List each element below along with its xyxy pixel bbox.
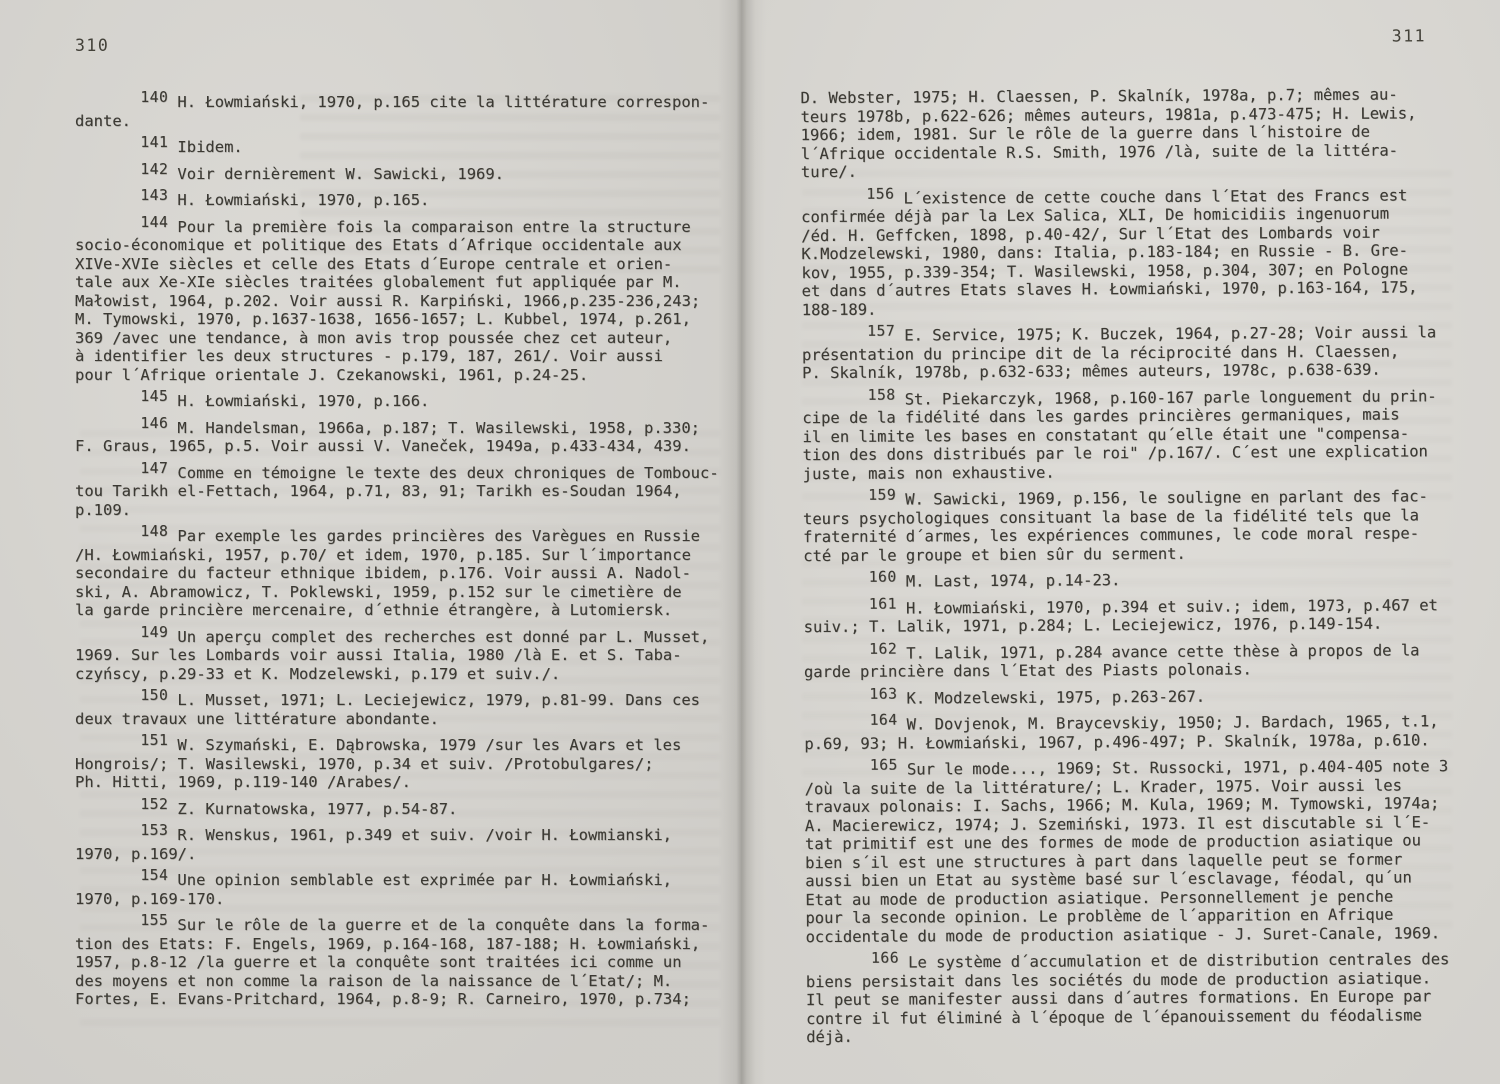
footnote-text: Voir dernièrement W. Sawicki, 1969. (177, 165, 504, 183)
footnote-text: St. Piekarczyk, 1968, p.160-167 parle lo… (802, 387, 1436, 483)
footnote: 149Un aperçu complet des recherches est … (75, 628, 742, 684)
footnote-text: W. Dovjenok, M. Braycevskiy, 1950; J. Ba… (804, 712, 1438, 752)
footnote-text: Le système d´accumulation et de distribu… (806, 950, 1450, 1046)
footnote: 148Par exemple les gardes princières des… (75, 527, 742, 620)
footnote-number: 166 (871, 950, 899, 967)
footnote-number: 154 (140, 867, 168, 884)
footnote: 165Sur le mode..., 1969; St. Russocki, 1… (804, 757, 1485, 946)
footnote-number: 150 (140, 687, 168, 704)
page-right: 311 D. Webster, 1975; H. Claessen, P. Sk… (742, 0, 1500, 1084)
footnote: 154Une opinion semblable est exprimée pa… (75, 871, 742, 908)
footnote-number: 151 (140, 732, 168, 749)
footnote-text: Comme en témoigne le texte des deux chro… (75, 464, 719, 519)
book-spread: 310 140H. Łowmiański, 1970, p.165 cite l… (0, 0, 1500, 1084)
footnote-text: W. Sawicki, 1969, p.156, le souligne en … (803, 487, 1428, 564)
footnote-number: 142 (140, 161, 168, 178)
footnote-text: M. Handelsman, 1966a, p.187; T. Wasilews… (75, 419, 700, 456)
footnote-text: Sur le rôle de la guerre et de la conquê… (75, 916, 709, 1008)
footnote-number: 144 (140, 214, 168, 231)
footnote-text: E. Service, 1975; K. Buczek, 1964, p.27-… (802, 323, 1436, 382)
footnote: 160M. Last, 1974, p.14-23. (803, 569, 1483, 592)
footnote-number: 141 (140, 134, 168, 151)
footnote: 146M. Handelsman, 1966a, p.187; T. Wasil… (75, 419, 742, 456)
footnote-number: 162 (869, 640, 897, 657)
footnote: 152Z. Kurnatowska, 1977, p.54-87. (75, 800, 742, 819)
footnote: 163K. Modzelewski, 1975, p.263-267. (804, 685, 1484, 708)
footnote: 153R. Wenskus, 1961, p.349 et suiv. /voi… (75, 826, 742, 863)
footnote-text: Ibidem. (177, 138, 242, 156)
footnote-text: L´existence de cette couche dans l´Etat … (801, 186, 1417, 319)
footnote-text: Par exemple les gardes princières des Va… (75, 527, 700, 619)
footnote-number: 157 (867, 323, 895, 340)
footnote: 155Sur le rôle de la guerre et de la con… (75, 916, 742, 1009)
page-number-right: 311 (1392, 26, 1426, 45)
footnote: 157E. Service, 1975; K. Buczek, 1964, p.… (802, 323, 1482, 383)
footnote-number: 143 (140, 187, 168, 204)
footnote-number: 160 (869, 569, 897, 586)
footnotes-right: 156L´existence de cette couche dans l´Et… (801, 185, 1500, 1046)
footnote-number: 149 (140, 624, 168, 641)
footnote-number: 164 (869, 712, 897, 729)
footnote-text: H. Łowmiański, 1970, p.394 et suiv.; ide… (804, 596, 1438, 636)
footnote-text: Pour la première fois la comparaison ent… (75, 218, 700, 384)
footnote-text: M. Last, 1974, p.14-23. (906, 571, 1121, 590)
footnote: 145H. Łowmiański, 1970, p.166. (75, 392, 742, 411)
page-left: 310 140H. Łowmiański, 1970, p.165 cite l… (0, 0, 742, 1084)
footnote-number: 148 (140, 523, 168, 540)
footnote-text: Un aperçu complet des recherches est don… (75, 628, 709, 683)
footnote-number: 146 (140, 415, 168, 432)
footnote-text: H. Łowmiański, 1970, p.165. (177, 191, 429, 209)
footnote-number: 161 (869, 595, 897, 612)
footnote-text: H. Łowmiański, 1970, p.166. (177, 392, 429, 410)
footnote: 161H. Łowmiański, 1970, p.394 et suiv.; … (803, 595, 1483, 636)
footnote: 156L´existence de cette couche dans l´Et… (801, 185, 1482, 319)
footnote: 151W. Szymański, E. Dąbrowska, 1979 /sur… (75, 736, 742, 792)
footnote-number: 165 (870, 757, 898, 774)
footnote: 142Voir dernièrement W. Sawicki, 1969. (75, 165, 742, 184)
footnote: 147Comme en témoigne le texte des deux c… (75, 464, 742, 520)
page-number-left: 310 (75, 36, 742, 55)
footnote-number: 158 (867, 386, 895, 403)
footnote-text: Z. Kurnatowska, 1977, p.54-87. (177, 800, 457, 818)
footnote: 162T. Lalik, 1971, p.284 avance cette th… (804, 640, 1484, 681)
footnote: 141Ibidem. (75, 138, 742, 157)
footnote: 164W. Dovjenok, M. Braycevskiy, 1950; J.… (804, 712, 1484, 753)
footnotes-left: 140H. Łowmiański, 1970, p.165 cite la li… (75, 93, 742, 1009)
footnote-text: H. Łowmiański, 1970, p.165 cite la litté… (75, 93, 709, 130)
footnote-number: 147 (140, 460, 168, 477)
footnote: 159W. Sawicki, 1969, p.156, le souligne … (803, 487, 1483, 565)
footnote-number: 163 (869, 685, 897, 702)
footnote: 144Pour la première fois la comparaison … (75, 218, 742, 385)
footnote-number: 153 (140, 822, 168, 839)
footnote-number: 156 (866, 185, 894, 202)
footnote: 150L. Musset, 1971; L. Leciejewicz, 1979… (75, 691, 742, 728)
footnote: 166Le système d´accumulation et de distr… (806, 950, 1487, 1047)
footnote-number: 140 (140, 89, 168, 106)
footnote-text: Sur le mode..., 1969; St. Russocki, 1971… (805, 757, 1449, 945)
footnote-number: 159 (868, 487, 896, 504)
footnote-number: 145 (140, 388, 168, 405)
footnote-continuation: D. Webster, 1975; H. Claessen, P. Skalní… (800, 85, 1481, 182)
footnote-text: D. Webster, 1975; H. Claessen, P. Skalní… (800, 85, 1416, 181)
footnote-text: L. Musset, 1971; L. Leciejewicz, 1979, p… (75, 691, 700, 728)
footnote-number: 155 (140, 912, 168, 929)
footnote-text: K. Modzelewski, 1975, p.263-267. (906, 687, 1205, 707)
footnote: 158St. Piekarczyk, 1968, p.160-167 parle… (802, 386, 1483, 483)
footnote-number: 152 (140, 796, 168, 813)
footnote: 140H. Łowmiański, 1970, p.165 cite la li… (75, 93, 742, 130)
footnote: 143H. Łowmiański, 1970, p.165. (75, 191, 742, 210)
